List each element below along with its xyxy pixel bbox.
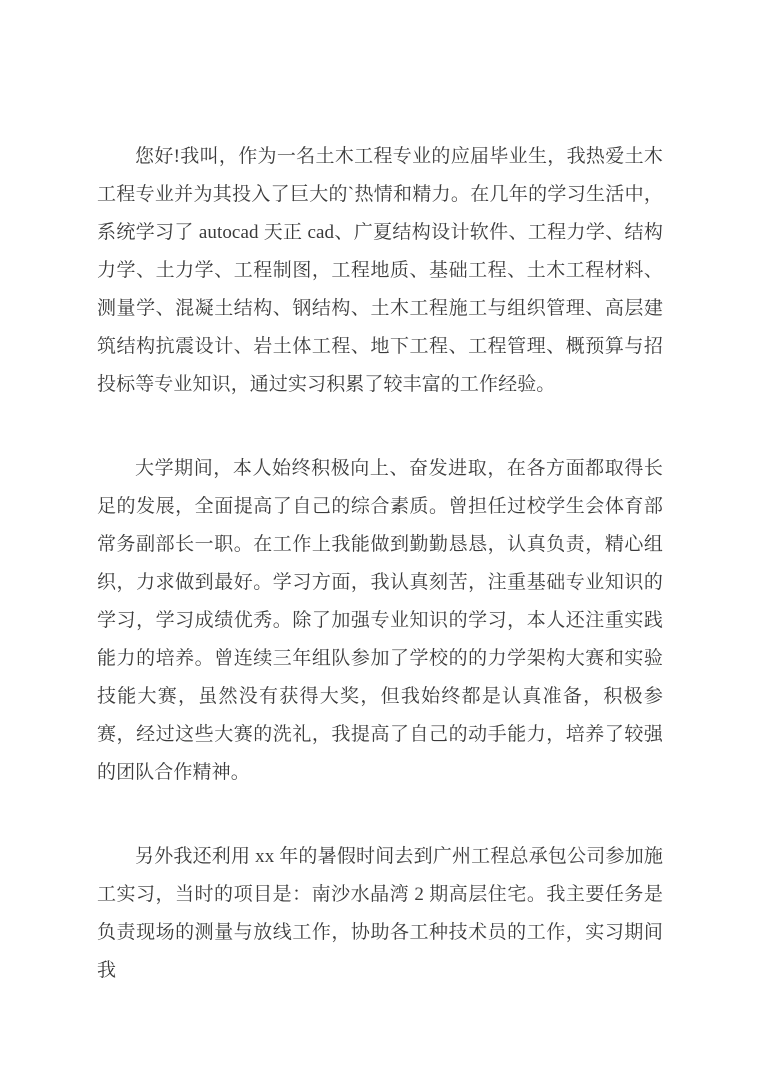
document-body: 您好!我叫，作为一名土木工程专业的应届毕业生，我热爱土木工程专业并为其投入了巨大… — [97, 138, 663, 990]
paragraph: 您好!我叫，作为一名土木工程专业的应届毕业生，我热爱土木工程专业并为其投入了巨大… — [97, 138, 663, 404]
paragraph: 另外我还利用 xx 年的暑假时间去到广州工程总承包公司参加施工实习，当时的项目是… — [97, 838, 663, 990]
document-page: 您好!我叫，作为一名土木工程专业的应届毕业生，我热爱土木工程专业并为其投入了巨大… — [0, 0, 763, 1080]
paragraph: 大学期间，本人始终积极向上、奋发进取，在各方面都取得长足的发展，全面提高了自己的… — [97, 450, 663, 792]
